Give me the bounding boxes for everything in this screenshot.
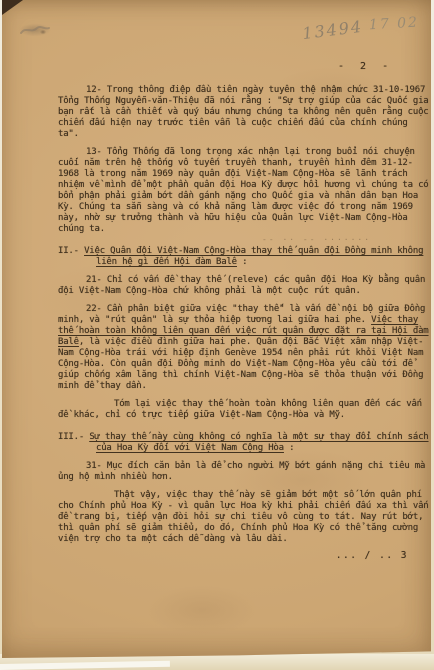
heading-section-3: III.- Sự thay thế này cùng không có nghĩ…: [58, 432, 430, 454]
paper-sheet: 1349417 02 - 2 - -- ·· -- ······· · -· 1…: [2, 0, 431, 658]
para-12: 12- Trong thông điệp đầu tiên ngày tuyên…: [58, 85, 430, 140]
heading-section-3-text: III.-: [58, 432, 89, 442]
para-22: 22- Cần phân biệt giữa việc "thay thế" l…: [58, 304, 430, 392]
para-tom-lai-text: Tóm lại việc thay thế hoàn toàn không li…: [58, 399, 422, 420]
heading-section-2-underlined-text: Việc Quân đội Việt-Nam Cộng-Hòa thay thế…: [84, 246, 423, 267]
para-13-text: 13- Tổng Thống đã long trọng xác nhận lạ…: [58, 147, 429, 234]
para-21: 21- Chỉ có vấn đề thay thế (releve) các …: [58, 275, 430, 297]
heading-section-3-underlined-text: Sự thay thế này cùng không có nghĩa là m…: [89, 432, 428, 453]
para-21-text: 21- Chỉ có vấn đề thay thế (releve) các …: [58, 275, 425, 296]
heading-section-2-text: :: [237, 257, 247, 267]
heading-section-3-text: :: [284, 443, 294, 453]
para-that-vay-text: Thật vậy, việc thay thế này sẽ giảm bớt …: [58, 490, 429, 544]
page-number: - 2 -: [338, 61, 393, 72]
torn-corner: [2, 0, 23, 15]
para-13: 13- Tổng Thống đã long trọng xác nhận lạ…: [58, 147, 430, 235]
para-31-text: 31- Mục đích căn bản là để cho người Mỹ …: [58, 461, 425, 482]
para-tom-lai: Tóm lại việc thay thế hoàn toàn không li…: [58, 399, 430, 421]
handwritten-archive-number: 1349417 02: [301, 10, 419, 43]
para-22-text: , là việc điều đình giữa hai phe. Quân đ…: [58, 337, 423, 391]
para-that-vay: Thật vậy, việc thay thế này sẽ giảm bớt …: [58, 490, 430, 545]
scanned-document-page: { "meta": { "paper_color": "#cca673", "i…: [0, 0, 434, 670]
continuation-mark: ... / .. 3: [58, 550, 430, 561]
heading-section-2: II.- Việc Quân đội Việt-Nam Cộng-Hòa tha…: [58, 246, 430, 268]
para-12-text: 12- Trong thông điệp đầu tiên ngày tuyên…: [58, 85, 429, 139]
para-31: 31- Mục đích căn bản là để cho người Mỹ …: [58, 461, 430, 483]
document-body: 12- Trong thông điệp đầu tiên ngày tuyên…: [58, 85, 430, 561]
heading-section-2-text: II.-: [58, 246, 84, 256]
handwritten-number-main: 13494: [301, 17, 364, 43]
pencil-squiggle-mark: [18, 22, 52, 38]
handwritten-number-suffix: 17 02: [368, 15, 419, 34]
